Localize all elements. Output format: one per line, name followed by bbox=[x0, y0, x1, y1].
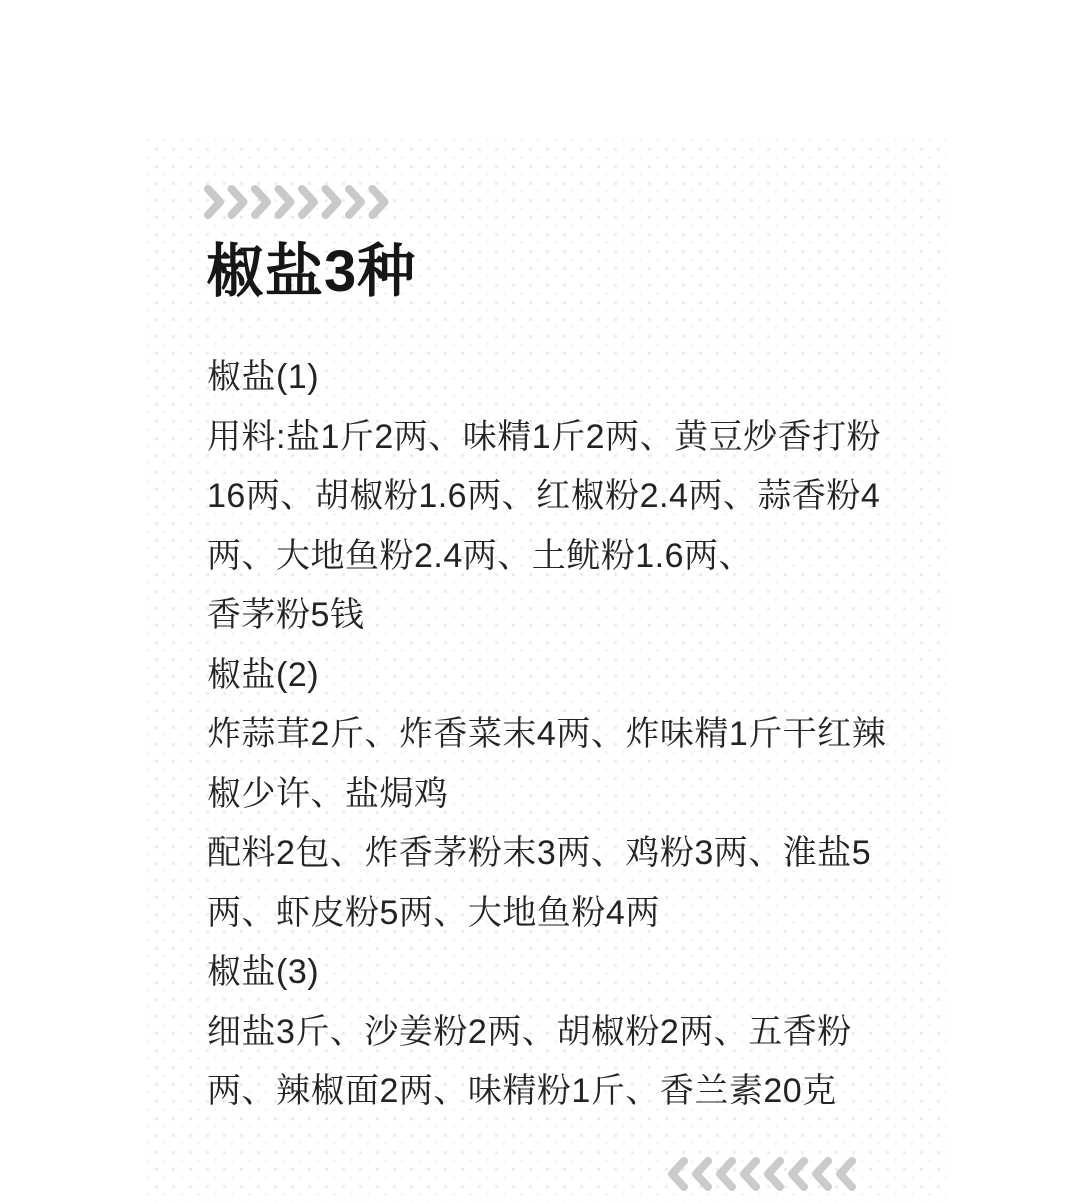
recipe-text: 椒盐(1) 用料:盐1斤2两、味精1斤2两、黄豆炒香打粉 16两、胡椒粉1.6两… bbox=[207, 344, 927, 1118]
recipe-line: 两、虾皮粉5两、大地鱼粉4两 bbox=[207, 880, 927, 940]
recipe-line: 细盐3斤、沙姜粉2两、胡椒粉2两、五香粉 bbox=[207, 999, 927, 1059]
recipe-line: 用料:盐1斤2两、味精1斤2两、黄豆炒香打粉 bbox=[207, 404, 927, 464]
recipe-line: 椒盐(2) bbox=[207, 642, 927, 702]
recipe-line: 椒少许、盐焗鸡 bbox=[207, 761, 927, 821]
chevrons-right-icon bbox=[204, 185, 396, 219]
chevrons-left-icon bbox=[668, 1157, 864, 1191]
recipe-line: 配料2包、炸香茅粉末3两、鸡粉3两、淮盐5 bbox=[207, 820, 927, 880]
page-title: 椒盐3种 bbox=[206, 240, 416, 304]
recipe-line: 香茅粉5钱 bbox=[207, 582, 927, 642]
recipe-line: 两、辣椒面2两、味精粉1斤、香兰素20克 bbox=[207, 1058, 927, 1118]
recipe-line: 炸蒜茸2斤、炸香菜末4两、炸味精1斤干红辣 bbox=[207, 701, 927, 761]
recipe-line: 两、大地鱼粉2.4两、土鱿粉1.6两、 bbox=[207, 523, 927, 583]
recipe-line: 椒盐(1) bbox=[207, 344, 927, 404]
recipe-line: 16两、胡椒粉1.6两、红椒粉2.4两、蒜香粉4 bbox=[207, 463, 927, 523]
recipe-card: 椒盐3种 椒盐(1) 用料:盐1斤2两、味精1斤2两、黄豆炒香打粉 16两、胡椒… bbox=[0, 0, 1080, 1202]
recipe-line: 椒盐(3) bbox=[207, 939, 927, 999]
